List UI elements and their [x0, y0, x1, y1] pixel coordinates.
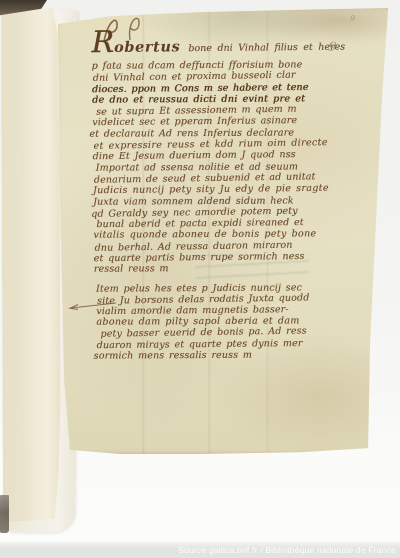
binding-edge-bottom [0, 495, 9, 533]
manuscript-text-block: Robertus bone dni Vinhal filius et heres… [91, 31, 326, 362]
illuminated-initial: R [91, 33, 113, 53]
parchment-page: Robertus bone dni Vinhal filius et heres… [50, 2, 395, 460]
manuscript-heading-line: Robertus bone dni Vinhal filius et heres [91, 31, 323, 59]
manuscript-paragraph-2: Item pelus hes etes p Judicis nuncij sec… [96, 281, 327, 362]
manuscript-line: sormich mens ressalis reuss m [94, 349, 327, 362]
manuscript-paragraph-1: p fata sua dcam deffuncti fforisium bone… [92, 59, 326, 276]
heading-word: obertus [114, 38, 180, 56]
faint-corner-mark: 9 [349, 13, 356, 23]
attribution-bar: Source gallica.bnf.fr / Bibliothèque nat… [0, 542, 400, 558]
attribution-text: Source gallica.bnf.fr / Bibliothèque nat… [178, 545, 400, 555]
folio-number: 9 [327, 39, 338, 55]
heading-line-rest: bone dni Vinhal filius et heres [188, 42, 345, 55]
margin-arrow-icon [66, 298, 118, 312]
scan-background: Robertus bone dni Vinhal filius et heres… [0, 0, 400, 558]
previous-page-edge [1, 8, 61, 524]
ink-showthrough [195, 253, 309, 282]
